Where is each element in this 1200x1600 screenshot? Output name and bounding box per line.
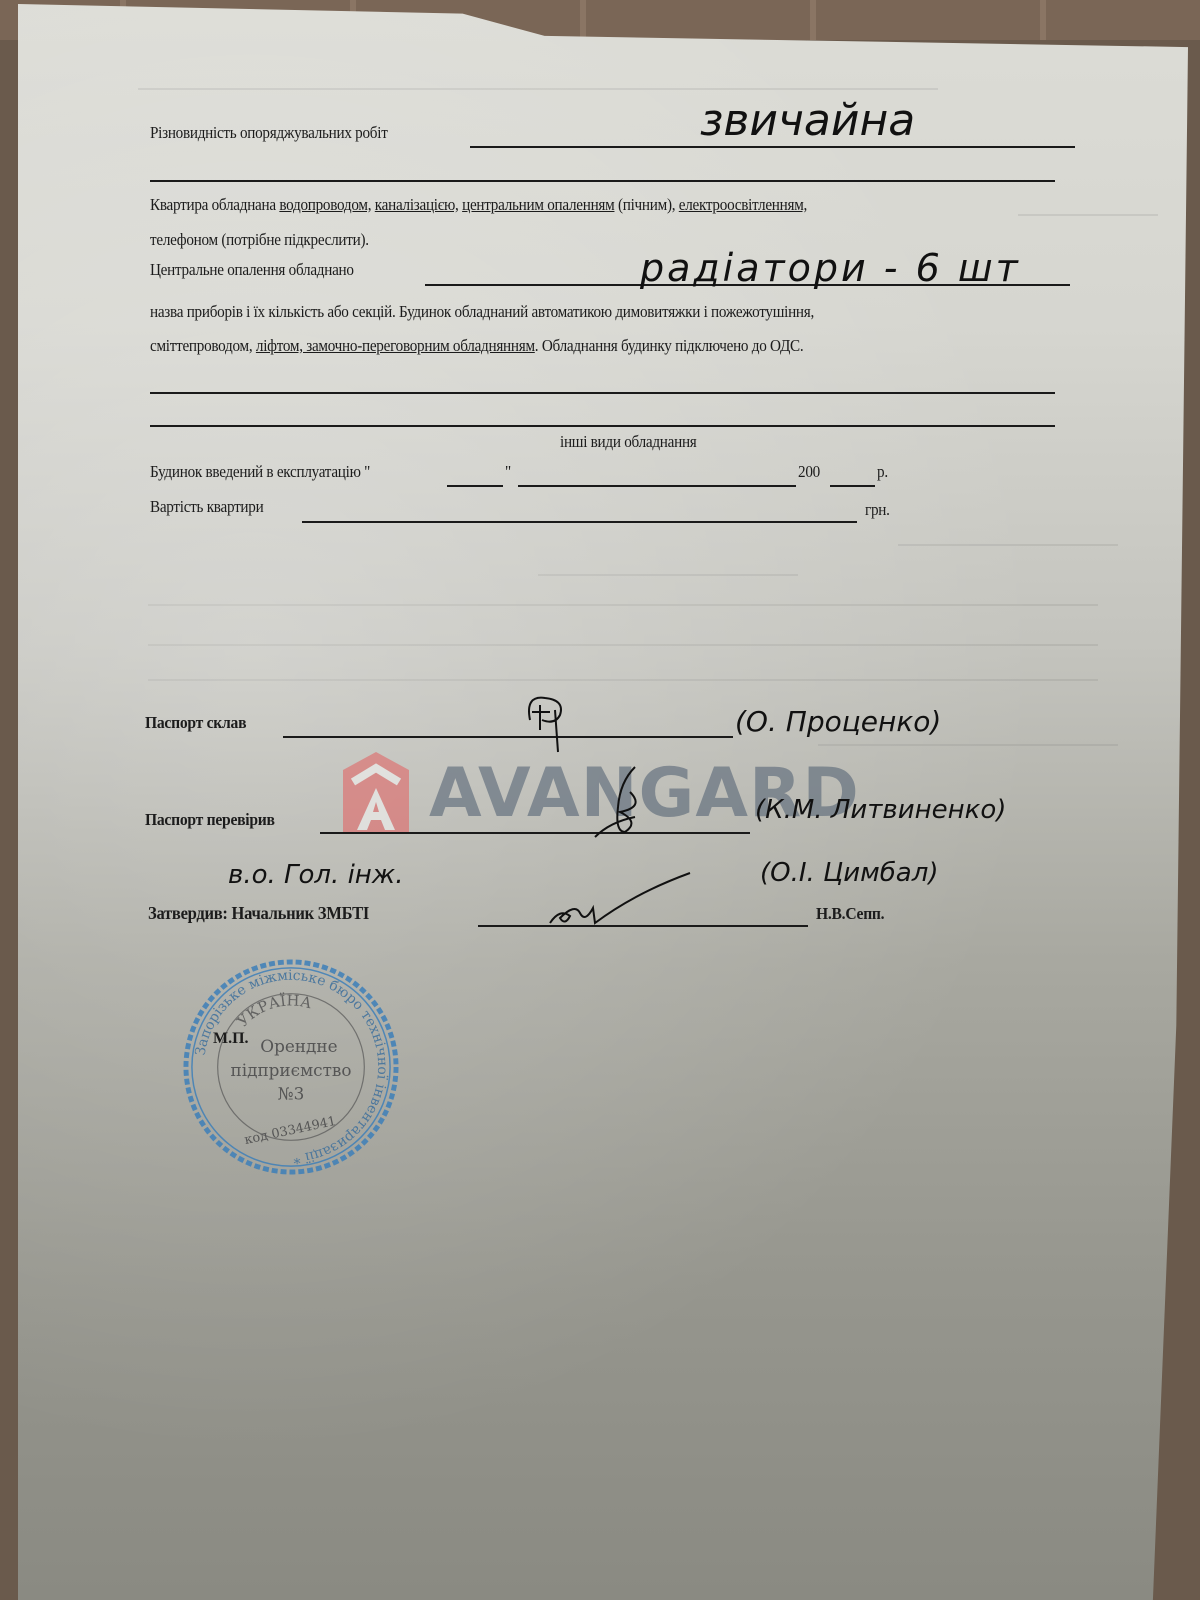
commissioned-year-suffix: р. (877, 462, 888, 482)
equipment-line-2: телефоном (потрібне підкреслити). (150, 230, 369, 250)
building-suffix: . Обладнання будинку підключено до ОДС. (535, 336, 804, 355)
approved-name-printed: Н.В.Сепп. (816, 904, 884, 924)
commissioned-quote-close: " (505, 462, 511, 482)
svg-text:підприємство: підприємство (230, 1060, 351, 1080)
compiled-signature-line (283, 736, 733, 738)
equipment-electric: електроосвітленням, (679, 195, 807, 214)
blank-line (150, 392, 1055, 394)
approved-signature (545, 868, 695, 930)
heating-label: Центральне опалення обладнано (150, 260, 354, 280)
approved-label: Затвердив: Начальник ЗМБТІ (148, 903, 369, 924)
svg-text:код 03344941: код 03344941 (243, 1114, 337, 1148)
checked-signature (590, 762, 660, 842)
commissioned-year-line (830, 485, 875, 487)
passport-page: Різновидність опоряджувальних робіт звич… (0, 0, 1200, 1600)
devices-line: назва приборів і їх кількість або секцій… (150, 302, 814, 322)
avangard-logo-icon (343, 752, 409, 834)
building-equipment-line: сміттепроводом, ліфтом, замочно-перегово… (150, 336, 803, 356)
commissioned-month-line (518, 485, 796, 487)
blank-line (150, 425, 1055, 427)
commissioned-label: Будинок введений в експлуатацію " (150, 462, 370, 482)
building-underlined: ліфтом, замочно-переговорним обладнянням (256, 336, 535, 355)
equipment-prefix: Квартира обладнана (150, 195, 279, 214)
equipment-central-heating: центральним опаленням (462, 195, 614, 214)
other-equipment-caption: інші види обладнання (560, 432, 697, 452)
svg-text:№3: №3 (278, 1084, 305, 1104)
checked-signature-line (320, 832, 750, 834)
price-field-line (302, 521, 857, 523)
finishing-type-field-line (470, 146, 1075, 148)
finishing-type-label: Різновидність опоряджувальних робіт (150, 123, 388, 143)
price-label: Вартість квартири (150, 497, 263, 517)
official-stamp: Запорізьке міжміське бюро технічної інве… (182, 958, 400, 1176)
compiled-signature (520, 690, 580, 760)
finishing-type-value: звичайна (700, 95, 915, 146)
equipment-stove: (пічним), (614, 195, 678, 214)
price-currency: грн. (865, 500, 890, 520)
seal-mark: М.П. (213, 1030, 249, 1048)
heating-value: радіатори - 6 шт (640, 246, 1021, 290)
equipment-sewer: каналізацією, (375, 195, 459, 214)
blank-line (150, 180, 1055, 182)
approved-note: в.о. Гол. інж. (228, 860, 403, 890)
commissioned-day-line (447, 485, 503, 487)
approved-name-handwritten: (О.І. Цимбал) (760, 858, 939, 888)
equipment-line: Квартира обладнана водопроводом, каналіз… (150, 195, 807, 215)
svg-text:Орендне: Орендне (260, 1036, 337, 1056)
svg-text:УКРАЇНА: УКРАЇНА (234, 991, 315, 1030)
compiled-label: Паспорт склав (145, 713, 246, 733)
checked-name: (К.М. Литвиненко) (755, 795, 1006, 825)
equipment-water: водопроводом, (279, 195, 371, 214)
commissioned-year-prefix: 200 (798, 462, 820, 482)
building-prefix: сміттепроводом, (150, 336, 256, 355)
compiled-name: (О. Проценко) (735, 705, 941, 738)
checked-label: Паспорт перевірив (145, 810, 275, 830)
